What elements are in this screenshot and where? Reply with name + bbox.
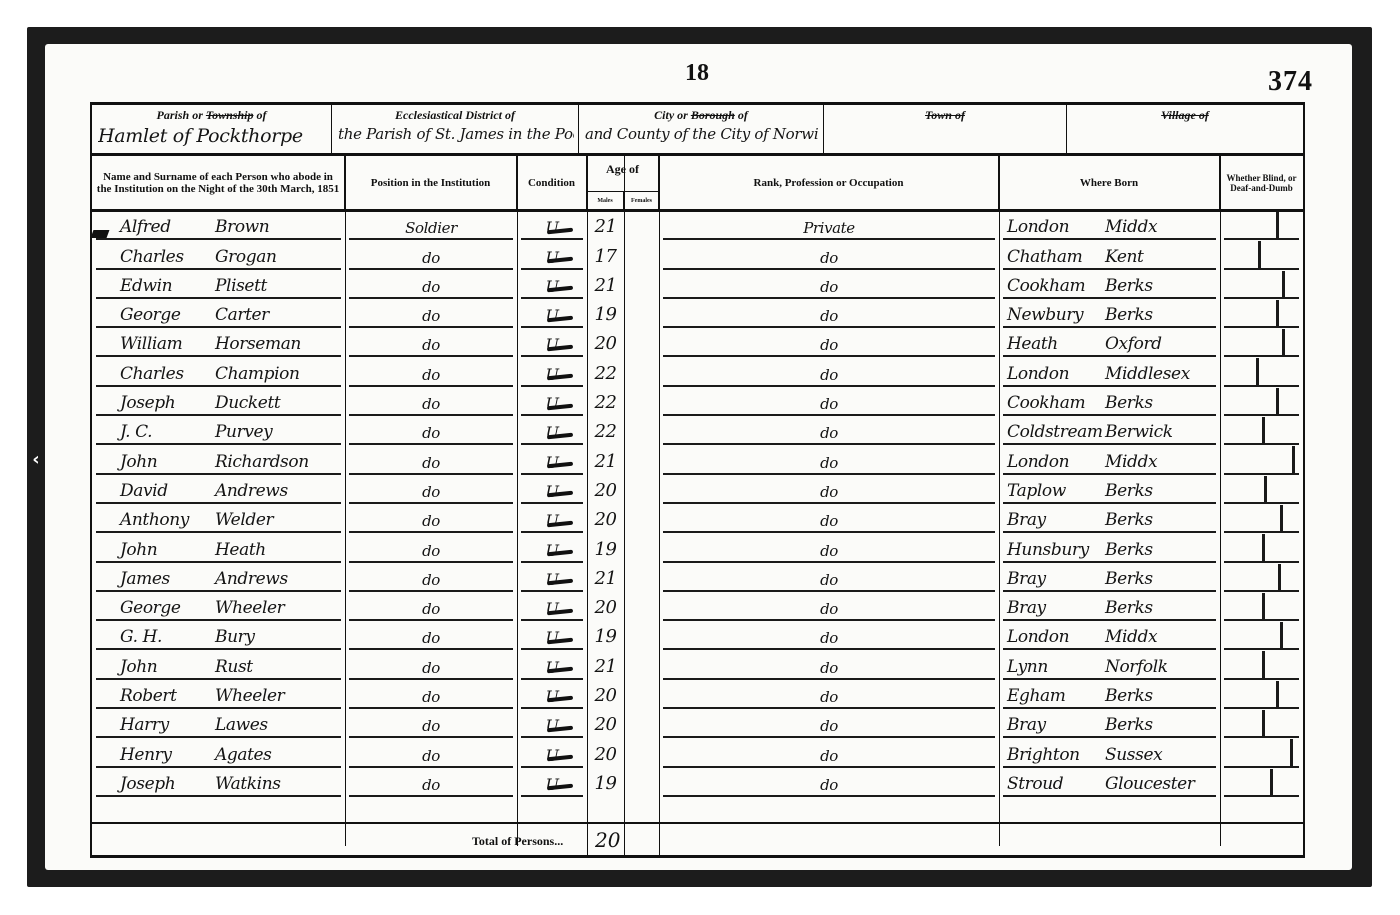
birth-town: London [1007,364,1105,384]
birth-town: Taplow [1007,481,1105,501]
table-row: EdwinPlisett do U 21 do CookhamBerks [92,271,1303,300]
village-cell: Village of [1067,105,1303,153]
surname: Rust [215,657,253,677]
surname: Purvey [215,422,272,442]
birth-town: Egham [1007,686,1105,706]
condition: U [517,300,587,329]
surname: Wheeler [215,598,284,618]
first-name: George [120,305,215,325]
table-row: JohnRichardson do U 21 do LondonMiddx [92,446,1303,475]
blind-deaf-tick-mark [1220,476,1303,505]
male-age: 20 [587,681,624,710]
birth-town: Bray [1007,715,1105,735]
person-name: GeorgeCarter [92,300,345,329]
first-name: William [120,334,215,354]
table-row: JamesAndrews do U 21 do BrayBerks [92,564,1303,593]
table-row: GeorgeWheeler do U 20 do BrayBerks [92,593,1303,622]
first-name: George [120,598,215,618]
birth-town: Heath [1007,334,1105,354]
rank-occupation: do [659,476,999,505]
first-name: Charles [120,364,215,384]
blind-deaf-tick-mark [1220,769,1303,798]
rank-occupation: do [659,651,999,680]
header-males: Males [587,191,624,209]
birth-county: Berks [1105,715,1153,735]
ecclesiastical-district-cell: Ecclesiastical District of the Parish of… [332,105,579,153]
rank-occupation: do [659,241,999,270]
female-age [624,681,659,710]
first-name: James [120,569,215,589]
female-age [624,739,659,768]
birth-county: Oxford [1105,334,1162,354]
where-born: TaplowBerks [999,476,1220,505]
where-born: LondonMiddlesex [999,358,1220,387]
first-name: Robert [120,686,215,706]
position: do [345,388,517,417]
female-age [624,388,659,417]
female-age [624,534,659,563]
position: do [345,271,517,300]
rank-occupation: do [659,534,999,563]
blind-deaf-tick-mark [1220,446,1303,475]
birth-county: Middx [1105,217,1157,237]
female-age [624,651,659,680]
condition: U [517,241,587,270]
female-age [624,212,659,241]
table-row: RobertWheeler do U 20 do EghamBerks [92,681,1303,710]
male-age: 21 [587,564,624,593]
position: do [345,534,517,563]
birth-town: Cookham [1007,276,1105,296]
position: do [345,446,517,475]
table-row: AlfredBrown Soldier U 21 Private LondonM… [92,212,1303,241]
first-name: Edwin [120,276,215,296]
rank-occupation: do [659,564,999,593]
first-name: Joseph [120,774,215,794]
person-name: EdwinPlisett [92,271,345,300]
birth-town: Lynn [1007,657,1105,677]
birth-county: Norfolk [1105,657,1168,677]
surname: Watkins [215,774,281,794]
rank-occupation: do [659,358,999,387]
position: do [345,622,517,651]
male-age: 21 [587,212,624,241]
birth-county: Middx [1105,452,1157,472]
female-age [624,358,659,387]
condition: U [517,505,587,534]
rank-occupation: Private [659,212,999,241]
surname: Agates [215,745,272,765]
condition: U [517,710,587,739]
position: do [345,710,517,739]
where-born: BrayBerks [999,593,1220,622]
header-where-born: Where Born [999,156,1220,209]
person-name: CharlesGrogan [92,241,345,270]
person-name: HenryAgates [92,739,345,768]
female-age [624,505,659,534]
position: do [345,358,517,387]
male-age: 20 [587,505,624,534]
village-label: Village of [1067,108,1303,123]
birth-town: Coldstream [1007,422,1105,442]
first-name: David [120,481,215,501]
where-born: LondonMiddx [999,622,1220,651]
birth-county: Gloucester [1105,774,1195,794]
first-name: Harry [120,715,215,735]
rank-occupation: do [659,329,999,358]
where-born: HeathOxford [999,329,1220,358]
male-age: 21 [587,446,624,475]
position: do [345,417,517,446]
female-age [624,329,659,358]
male-age: 19 [587,534,624,563]
female-age [624,564,659,593]
birth-town: London [1007,452,1105,472]
surname: Brown [215,217,269,237]
header-rank: Rank, Profession or Occupation [659,156,999,209]
blind-deaf-tick-mark [1220,358,1303,387]
surname: Grogan [215,247,277,267]
surname: Heath [215,540,266,560]
birth-town: Cookham [1007,393,1105,413]
header-blind-deaf: Whether Blind, or Deaf-and-Dumb [1220,156,1303,209]
town-label: Town of [824,108,1066,123]
condition: U [517,622,587,651]
female-age [624,769,659,798]
birth-town: Brighton [1007,745,1105,765]
person-name: JosephDuckett [92,388,345,417]
birth-county: Sussex [1105,745,1162,765]
birth-county: Berks [1105,481,1153,501]
rank-occupation: do [659,388,999,417]
birth-county: Berwick [1105,422,1173,442]
rank-occupation: do [659,681,999,710]
male-age: 20 [587,710,624,739]
surname: Andrews [215,569,288,589]
position: do [345,681,517,710]
person-name: JamesAndrews [92,564,345,593]
condition: U [517,651,587,680]
first-name: Charles [120,247,215,267]
parish-label: Parish or Township of [92,108,331,123]
surname: Bury [215,627,255,647]
female-age [624,593,659,622]
where-born: NewburyBerks [999,300,1220,329]
first-name: Alfred [120,217,215,237]
table-row: CharlesChampion do U 22 do LondonMiddles… [92,358,1303,387]
surname: Champion [215,364,300,384]
where-born: EghamBerks [999,681,1220,710]
rank-occupation: do [659,505,999,534]
birth-county: Berks [1105,276,1153,296]
surname: Horseman [215,334,301,354]
birth-county: Berks [1105,540,1153,560]
blind-deaf-tick-mark [1220,212,1303,241]
person-name: GeorgeWheeler [92,593,345,622]
where-born: StroudGloucester [999,769,1220,798]
table-row: JohnRust do U 21 do LynnNorfolk [92,651,1303,680]
birth-county: Middx [1105,627,1157,647]
person-name: JohnHeath [92,534,345,563]
condition: U [517,593,587,622]
condition: U [517,212,587,241]
first-name: Henry [120,745,215,765]
condition: U [517,476,587,505]
rank-occupation: do [659,769,999,798]
town-cell: Town of [824,105,1067,153]
male-age: 21 [587,651,624,680]
condition: U [517,271,587,300]
blind-deaf-tick-mark [1220,710,1303,739]
male-age: 19 [587,622,624,651]
where-born: ColdstreamBerwick [999,417,1220,446]
male-age: 20 [587,593,624,622]
condition: U [517,534,587,563]
birth-county: Berks [1105,569,1153,589]
condition: U [517,417,587,446]
person-name: WilliamHorseman [92,329,345,358]
blind-deaf-tick-mark [1220,681,1303,710]
rank-occupation: do [659,417,999,446]
header-position: Position in the Institution [345,156,517,209]
table-row: GeorgeCarter do U 19 do NewburyBerks [92,300,1303,329]
surname: Andrews [215,481,288,501]
male-age: 22 [587,388,624,417]
rank-occupation: do [659,446,999,475]
first-name: G. H. [120,627,215,647]
position: do [345,564,517,593]
position: do [345,329,517,358]
person-name: JohnRust [92,651,345,680]
blind-deaf-tick-mark [1220,417,1303,446]
where-born: LynnNorfolk [999,651,1220,680]
table-row: J. C.Purvey do U 22 do ColdstreamBerwick [92,417,1303,446]
blind-deaf-tick-mark [1220,388,1303,417]
birth-town: Hunsbury [1007,540,1105,560]
where-born: LondonMiddx [999,212,1220,241]
header-condition: Condition [517,156,587,209]
female-age [624,241,659,270]
condition: U [517,769,587,798]
birth-town: London [1007,217,1105,237]
header-age-group: Age of Males Females [587,156,659,209]
surname: Richardson [215,452,309,472]
total-value: 20 [595,828,620,852]
position: do [345,505,517,534]
condition: U [517,358,587,387]
where-born: CookhamBerks [999,271,1220,300]
condition: U [517,329,587,358]
surname: Plisett [215,276,267,296]
total-row: Total of Persons... 20 [92,822,1303,858]
male-age: 21 [587,271,624,300]
female-age [624,622,659,651]
table-row: AnthonyWelder do U 20 do BrayBerks [92,505,1303,534]
blind-deaf-tick-mark [1220,300,1303,329]
female-age [624,446,659,475]
female-age [624,271,659,300]
first-name: J. C. [120,422,215,442]
surname: Welder [215,510,273,530]
male-age: 17 [587,241,624,270]
first-name: Joseph [120,393,215,413]
person-name: AnthonyWelder [92,505,345,534]
birth-county: Berks [1105,510,1153,530]
birth-county: Berks [1105,393,1153,413]
birth-county: Berks [1105,598,1153,618]
surname: Lawes [215,715,268,735]
person-name: RobertWheeler [92,681,345,710]
male-age: 22 [587,358,624,387]
header-age: Age of [587,162,658,177]
city-borough-value: and County of the City of Norwich [585,125,819,143]
male-age: 19 [587,769,624,798]
birth-town: Chatham [1007,247,1105,267]
position: do [345,651,517,680]
condition: U [517,564,587,593]
blind-deaf-tick-mark [1220,241,1303,270]
surname: Duckett [215,393,280,413]
rank-occupation: do [659,710,999,739]
where-born: ChathamKent [999,241,1220,270]
male-age: 22 [587,417,624,446]
position: do [345,769,517,798]
city-borough-label: City or Borough of [579,108,823,123]
table-row: HarryLawes do U 20 do BrayBerks [92,710,1303,739]
rank-occupation: do [659,622,999,651]
blind-deaf-tick-mark [1220,739,1303,768]
table-row: JosephWatkins do U 19 do StroudGlouceste… [92,769,1303,798]
table-row: DavidAndrews do U 20 do TaplowBerks [92,476,1303,505]
rank-occupation: do [659,739,999,768]
first-name: John [120,452,215,472]
table-row: G. H.Bury do U 19 do LondonMiddx [92,622,1303,651]
condition: U [517,739,587,768]
birth-town: Bray [1007,510,1105,530]
blind-deaf-tick-mark [1220,505,1303,534]
surname: Wheeler [215,686,284,706]
total-label: Total of Persons... [472,834,563,849]
person-rows: AlfredBrown Soldier U 21 Private LondonM… [92,212,1303,798]
position: do [345,593,517,622]
position: do [345,739,517,768]
table-row: JosephDuckett do U 22 do CookhamBerks [92,388,1303,417]
birth-town: Bray [1007,569,1105,589]
blind-deaf-tick-mark [1220,534,1303,563]
birth-county: Berks [1105,686,1153,706]
surname: Carter [215,305,269,325]
person-name: G. H.Bury [92,622,345,651]
previous-page-chevron-icon[interactable]: ‹ [27,448,45,470]
where-born: BrayBerks [999,505,1220,534]
birth-town: Newbury [1007,305,1105,325]
where-born: LondonMiddx [999,446,1220,475]
condition: U [517,681,587,710]
city-borough-cell: City or Borough of and County of the Cit… [579,105,824,153]
ecclesiastical-district-label: Ecclesiastical District of [332,108,578,123]
female-age [624,417,659,446]
blind-deaf-tick-mark [1220,564,1303,593]
person-name: AlfredBrown [92,212,345,241]
blind-deaf-tick-mark [1220,593,1303,622]
birth-town: Stroud [1007,774,1105,794]
blind-deaf-tick-mark [1220,329,1303,358]
table-row: WilliamHorseman do U 20 do HeathOxford [92,329,1303,358]
table-row: CharlesGrogan do U 17 do ChathamKent [92,241,1303,270]
ecclesiastical-district-value: the Parish of St. James in the Pockthorp… [338,125,574,143]
person-name: CharlesChampion [92,358,345,387]
birth-county: Berks [1105,305,1153,325]
rank-occupation: do [659,271,999,300]
column-header-row: Name and Surname of each Person who abod… [92,156,1303,212]
header-name: Name and Surname of each Person who abod… [92,156,345,209]
folio-number: 18 [685,60,709,87]
male-age: 20 [587,329,624,358]
where-born: BrayBerks [999,710,1220,739]
margin-mark [91,230,110,238]
where-born: BrayBerks [999,564,1220,593]
condition: U [517,446,587,475]
where-born: CookhamBerks [999,388,1220,417]
person-name: JohnRichardson [92,446,345,475]
position: do [345,476,517,505]
blind-deaf-tick-mark [1220,271,1303,300]
header-females: Females [624,191,659,209]
location-title-row: Parish or Township of Hamlet of Pockthor… [92,105,1303,156]
blind-deaf-tick-mark [1220,622,1303,651]
condition: U [517,388,587,417]
position: do [345,241,517,270]
birth-county: Middlesex [1105,364,1190,384]
page-number: 374 [1268,66,1313,98]
person-name: J. C.Purvey [92,417,345,446]
first-name: Anthony [120,510,215,530]
birth-town: London [1007,627,1105,647]
census-table: Parish or Township of Hamlet of Pockthor… [90,102,1305,858]
female-age [624,710,659,739]
person-name: DavidAndrews [92,476,345,505]
where-born: BrightonSussex [999,739,1220,768]
person-name: HarryLawes [92,710,345,739]
parish-value: Hamlet of Pockthorpe [98,125,327,147]
first-name: John [120,540,215,560]
female-age [624,476,659,505]
parish-cell: Parish or Township of Hamlet of Pockthor… [92,105,332,153]
rank-occupation: do [659,300,999,329]
table-row: HenryAgates do U 20 do BrightonSussex [92,739,1303,768]
birth-county: Kent [1105,247,1144,267]
person-name: JosephWatkins [92,769,345,798]
male-age: 20 [587,739,624,768]
first-name: John [120,657,215,677]
blind-deaf-tick-mark [1220,651,1303,680]
male-age: 20 [587,476,624,505]
where-born: HunsburyBerks [999,534,1220,563]
female-age [624,300,659,329]
position: do [345,300,517,329]
table-row: JohnHeath do U 19 do HunsburyBerks [92,534,1303,563]
birth-town: Bray [1007,598,1105,618]
male-age: 19 [587,300,624,329]
rank-occupation: do [659,593,999,622]
position: Soldier [345,212,517,241]
